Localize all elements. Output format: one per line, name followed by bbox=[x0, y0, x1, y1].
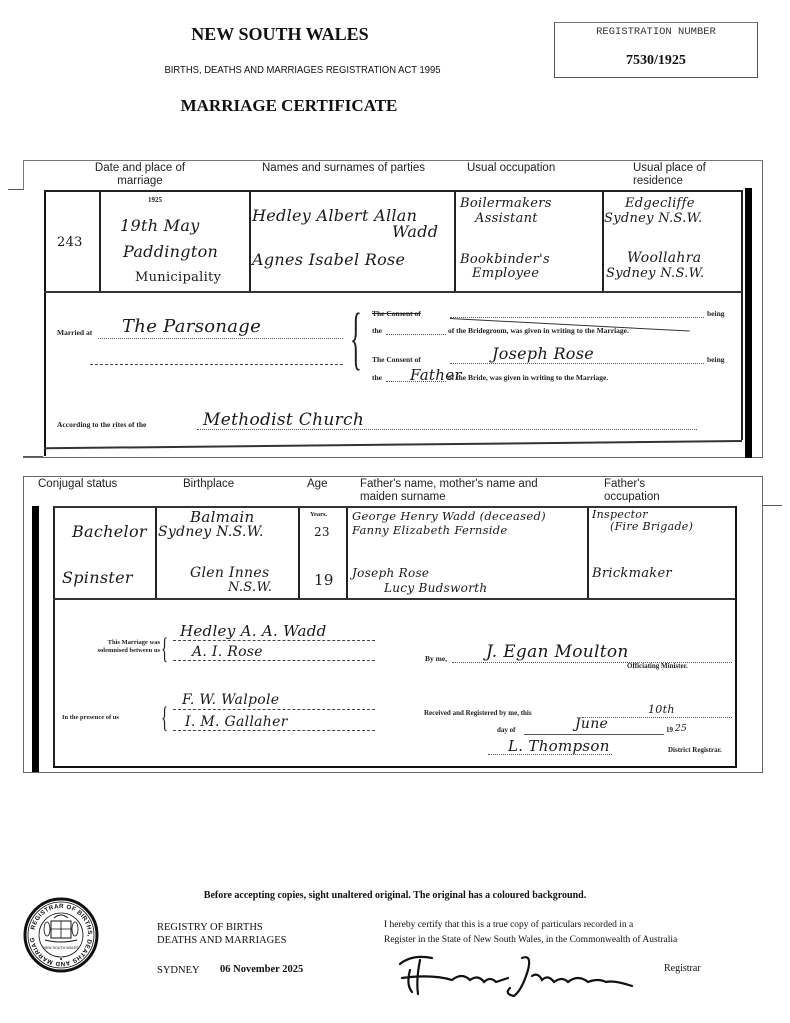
by-me-label: By me, bbox=[425, 654, 447, 663]
marriage-place-type: Municipality bbox=[135, 270, 221, 285]
col-header-conjugal: Conjugal status bbox=[38, 478, 117, 491]
col-header-birthplace: Birthplace bbox=[183, 478, 234, 491]
entry-year: 1925 bbox=[148, 196, 162, 204]
rites-label: According to the rites of the bbox=[57, 420, 146, 429]
signature-brace: { bbox=[161, 634, 168, 664]
witness-2: I. M. Gallaher bbox=[185, 714, 288, 730]
bride-father-occupation: Brickmaker bbox=[592, 566, 672, 581]
state-title: NEW SOUTH WALES bbox=[0, 24, 560, 45]
signature-icon bbox=[392, 950, 642, 1000]
presence-label: In the presence of us bbox=[62, 714, 119, 721]
rites-value: Methodist Church bbox=[203, 410, 364, 430]
registry-line-2: DEATHS AND MARRIAGES bbox=[157, 934, 287, 947]
bride-birthplace-2: N.S.W. bbox=[228, 580, 272, 595]
district-registrar-title: District Registrar. bbox=[668, 746, 722, 754]
marriage-date: 19th May bbox=[120, 216, 200, 235]
registry-line-1: REGISTRY OF BIRTHS bbox=[157, 921, 287, 934]
marriage-place: Paddington bbox=[123, 242, 218, 261]
issue-date: 06 November 2025 bbox=[220, 964, 303, 975]
col-header-age: Age bbox=[307, 478, 327, 491]
received-day: 10th bbox=[648, 703, 675, 716]
certificate-title: MARRIAGE CERTIFICATE bbox=[0, 96, 578, 116]
groom-parents-2: Fanny Elizabeth Fernside bbox=[352, 523, 508, 537]
registrar-label: Registrar bbox=[664, 963, 701, 974]
witness-brace: { bbox=[161, 703, 168, 733]
bride-age: 19 bbox=[314, 571, 334, 589]
registrar-signature: L. Thompson bbox=[508, 737, 610, 755]
consent1-label: The Consent of bbox=[372, 309, 421, 318]
received-month: June bbox=[575, 716, 608, 732]
consent1-the: the bbox=[372, 326, 382, 335]
groom-occupation-2: Assistant bbox=[475, 211, 538, 226]
certify-line-1: I hereby certify that this is a true cop… bbox=[384, 918, 677, 933]
day-of-label: day of bbox=[497, 726, 515, 734]
received-year-prefix: 19 bbox=[666, 726, 673, 734]
received-year-suffix: 25 bbox=[675, 724, 687, 734]
consent2-text: of the Bride, was given in writing to th… bbox=[448, 373, 608, 382]
bride-name: Agnes Isabel Rose bbox=[252, 250, 405, 269]
consent-brace: { bbox=[350, 304, 362, 374]
years-label: Years. bbox=[310, 511, 327, 518]
groom-signature: Hedley A. A. Wadd bbox=[180, 622, 327, 640]
registry-seal: REGISTRAR OF BIRTHS, DEATHS AND MARRIAGE… bbox=[23, 897, 99, 973]
col-header-parents: Father's name, mother's name and maiden … bbox=[360, 478, 570, 504]
groom-status: Bachelor bbox=[72, 522, 147, 541]
registration-label: REGISTRATION NUMBER bbox=[555, 26, 757, 38]
scanned-register-page-2 bbox=[53, 506, 736, 768]
bride-residence: Woollahra bbox=[627, 250, 701, 266]
act-subtitle: BIRTHS, DEATHS AND MARRIAGES REGISTRATIO… bbox=[30, 64, 575, 76]
seal-emblem-icon: REGISTRAR OF BIRTHS, DEATHS AND MARRIAGE… bbox=[23, 897, 99, 973]
col-header-occupation: Usual occupation bbox=[467, 162, 555, 175]
received-label: Received and Registered by me, this bbox=[424, 709, 532, 717]
solemnised-label-2: solemnised between us bbox=[60, 647, 160, 655]
groom-age: 23 bbox=[314, 525, 330, 539]
groom-parents: George Henry Wadd (deceased) bbox=[352, 509, 546, 523]
groom-residence-2: Sydney N.S.W. bbox=[604, 211, 703, 226]
entry-number: 243 bbox=[57, 235, 83, 250]
minister-title: Officiating Minister. bbox=[627, 662, 688, 670]
bride-occupation-2: Employee bbox=[472, 266, 539, 281]
registrar-signature-image bbox=[392, 950, 642, 1000]
witness-1: F. W. Walpole bbox=[182, 692, 279, 708]
consent2-label: The Consent of bbox=[372, 355, 421, 364]
groom-birthplace-2: Sydney N.S.W. bbox=[158, 524, 264, 540]
consent2-being: being bbox=[707, 355, 725, 364]
registration-number-box: REGISTRATION NUMBER 7530/1925 bbox=[554, 22, 758, 78]
solemnised-label-1: This Marriage was bbox=[60, 639, 160, 647]
bride-residence-2: Sydney N.S.W. bbox=[606, 266, 705, 281]
col-header-names: Names and surnames of parties bbox=[262, 162, 425, 175]
bride-parents-2: Lucy Budsworth bbox=[384, 581, 487, 595]
registry-name: REGISTRY OF BIRTHS DEATHS AND MARRIAGES bbox=[157, 921, 287, 947]
groom-surname: Wadd bbox=[392, 222, 438, 241]
married-at-label: Married at bbox=[57, 328, 92, 337]
bride-occupation: Bookbinder's bbox=[460, 252, 550, 267]
minister-signature: J. Egan Moulton bbox=[486, 642, 629, 662]
col-header-residence: Usual place of residence bbox=[633, 162, 723, 188]
issue-city: SYDNEY bbox=[157, 965, 200, 976]
consent1-text: of the Bridegroom, was given in writing … bbox=[448, 326, 629, 335]
registration-number: 7530/1925 bbox=[555, 53, 757, 69]
groom-occupation: Boilermakers bbox=[460, 196, 552, 211]
bride-signature: A. I. Rose bbox=[192, 644, 263, 660]
groom-residence: Edgecliffe bbox=[625, 196, 695, 211]
bride-parents: Joseph Rose bbox=[352, 566, 429, 580]
col-header-date-place: Date and place of marriage bbox=[90, 162, 190, 188]
bride-birthplace: Glen Innes bbox=[190, 565, 269, 581]
svg-text:NEW SOUTH WALES: NEW SOUTH WALES bbox=[43, 946, 79, 950]
groom-father-occupation-2: (Fire Brigade) bbox=[610, 520, 693, 533]
consent2-the: the bbox=[372, 373, 382, 382]
certify-line-2: Register in the State of New South Wales… bbox=[384, 933, 677, 948]
bride-status: Spinster bbox=[62, 568, 133, 587]
married-at-value: The Parsonage bbox=[122, 316, 261, 337]
consent1-being: being bbox=[707, 309, 725, 318]
authenticity-notice: Before accepting copies, sight unaltered… bbox=[0, 890, 790, 901]
col-header-father-occupation: Father's occupation bbox=[604, 478, 674, 504]
solemnised-label: This Marriage was solemnised between us bbox=[60, 639, 160, 655]
consent2-name: Joseph Rose bbox=[492, 344, 594, 363]
certification-statement: I hereby certify that this is a true cop… bbox=[384, 918, 677, 948]
